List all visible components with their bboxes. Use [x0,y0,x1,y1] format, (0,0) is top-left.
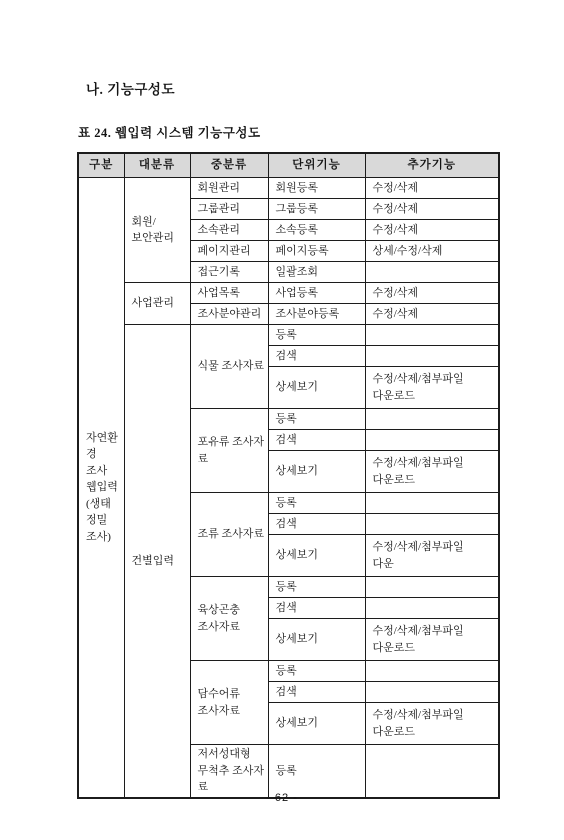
cell-mid-category: 접근기록 [190,262,268,283]
cell-mid-category: 저서성대형 무척추 조사자료 [190,745,268,798]
cell-unit-function: 소속등록 [268,220,365,241]
cell-mid-category: 사업목록 [190,283,268,304]
cell-extra-function: 수정/삭제 [365,199,499,220]
cell-extra-function [365,745,499,798]
cell-unit-function: 조사분야등록 [268,304,365,325]
cell-unit-function: 검색 [268,598,365,619]
cell-unit-function: 일괄조회 [268,262,365,283]
cell-major-category: 사업관리 [124,283,190,325]
cell-unit-function: 상세보기 [268,703,365,745]
cell-unit-function: 등록 [268,409,365,430]
page-number: - 62 - [0,792,564,804]
cell-extra-function: 수정/삭제 [365,178,499,199]
document-page: 나. 기능구성도 표 24. 웹입력 시스템 기능구성도 구분 대분류 중분류 … [0,0,564,840]
cell-unit-function: 상세보기 [268,367,365,409]
cell-extra-function: 수정/삭제/첨부파일 다운로드 [365,703,499,745]
function-structure-table: 구분 대분류 중분류 단위기능 추가기능 자연환경 조사 웹입력 (생태정밀 조… [77,152,500,799]
cell-extra-function: 수정/삭제 [365,283,499,304]
cell-extra-function: 상세/수정/삭제 [365,241,499,262]
cell-extra-function [365,514,499,535]
cell-unit-function: 등록 [268,745,365,798]
cell-unit-function: 등록 [268,661,365,682]
cell-mid-category: 회원관리 [190,178,268,199]
header-unit-function: 단위기능 [268,153,365,178]
table-row: 자연환경 조사 웹입력 (생태정밀 조사) 회원/ 보안관리 회원관리 회원등록… [78,178,499,199]
cell-extra-function [365,262,499,283]
cell-mid-category: 조류 조사자료 [190,493,268,577]
cell-extra-function [365,577,499,598]
table-row: 건별입력 식물 조사자료 등록 [78,325,499,346]
cell-unit-function: 상세보기 [268,535,365,577]
header-gubun: 구분 [78,153,124,178]
cell-major-category: 건별입력 [124,325,190,798]
cell-extra-function [365,493,499,514]
header-extra-function: 추가기능 [365,153,499,178]
cell-mid-category: 조사분야관리 [190,304,268,325]
table-header-row: 구분 대분류 중분류 단위기능 추가기능 [78,153,499,178]
cell-extra-function: 수정/삭제/첨부파일 다운로드 [365,367,499,409]
header-mid-category: 중분류 [190,153,268,178]
cell-unit-function: 상세보기 [268,619,365,661]
cell-mid-category: 포유류 조사자료 [190,409,268,493]
cell-extra-function: 수정/삭제/첨부파일 다운로드 [365,451,499,493]
section-heading: 나. 기능구성도 [86,78,498,98]
cell-gubun: 자연환경 조사 웹입력 (생태정밀 조사) [78,178,124,798]
cell-mid-category: 소속관리 [190,220,268,241]
cell-mid-category: 페이지관리 [190,241,268,262]
header-major-category: 대분류 [124,153,190,178]
cell-extra-function: 수정/삭제/첨부파일 다운로드 [365,619,499,661]
cell-extra-function: 수정/삭제/첨부파일 다운 [365,535,499,577]
table-caption: 표 24. 웹입력 시스템 기능구성도 [78,123,498,141]
cell-unit-function: 검색 [268,682,365,703]
cell-mid-category: 육상곤충 조사자료 [190,577,268,661]
cell-extra-function [365,598,499,619]
cell-unit-function: 그룹등록 [268,199,365,220]
cell-unit-function: 검색 [268,430,365,451]
table-row: 사업관리 사업목록 사업등록 수정/삭제 [78,283,499,304]
cell-unit-function: 등록 [268,577,365,598]
cell-extra-function [365,661,499,682]
cell-unit-function: 페이지등록 [268,241,365,262]
cell-unit-function: 상세보기 [268,451,365,493]
cell-major-category: 회원/ 보안관리 [124,178,190,283]
cell-extra-function [365,325,499,346]
cell-extra-function: 수정/삭제 [365,220,499,241]
cell-extra-function [365,409,499,430]
cell-extra-function [365,430,499,451]
cell-extra-function: 수정/삭제 [365,304,499,325]
cell-extra-function [365,346,499,367]
cell-unit-function: 회원등록 [268,178,365,199]
cell-extra-function [365,682,499,703]
cell-unit-function: 검색 [268,346,365,367]
cell-mid-category: 식물 조사자료 [190,325,268,409]
cell-unit-function: 사업등록 [268,283,365,304]
cell-mid-category: 그룹관리 [190,199,268,220]
cell-mid-category: 담수어류 조사자료 [190,661,268,745]
cell-unit-function: 등록 [268,493,365,514]
cell-unit-function: 등록 [268,325,365,346]
cell-unit-function: 검색 [268,514,365,535]
